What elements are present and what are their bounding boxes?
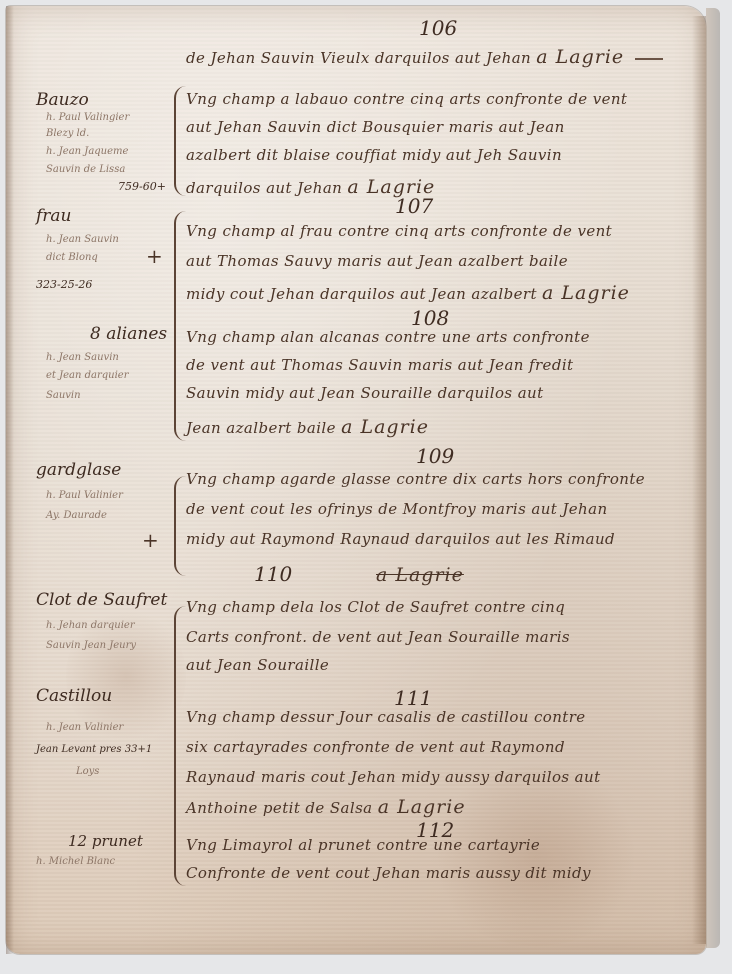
place-label-struck: a Lagrie	[376, 564, 464, 586]
entry-line: de vent cout les ofrinys de Montfroy mar…	[186, 500, 706, 518]
margin-title-bauzo: Bauzo	[36, 90, 89, 110]
line-filler-dash	[635, 58, 663, 60]
entry-line: aut Thomas Sauvy maris aut Jean azalbert…	[186, 252, 706, 270]
entry-line: Vng champ dela los Clot de Saufret contr…	[186, 598, 706, 616]
place-label: a Lagrie	[536, 46, 624, 68]
entry-number-110: 110	[254, 562, 292, 586]
entry-line: Vng Limayrol al prunet contre une cartay…	[186, 836, 706, 854]
margin-note: Loys	[76, 766, 99, 777]
margin-note: Blezy ld.	[46, 128, 89, 139]
entry-line: Sauvin midy aut Jean Souraille darquilos…	[186, 384, 706, 402]
entry-line: aut Jehan Sauvin dict Bousquier maris au…	[186, 118, 706, 136]
margin-note: Sauvin de Lissa	[46, 164, 125, 175]
margin-note: h. Paul Valinier	[46, 490, 123, 501]
entry-brace	[174, 606, 186, 886]
entry-line-text: Anthoine petit de Salsa	[186, 799, 373, 817]
entry-line: Confronte de vent cout Jehan maris aussy…	[186, 864, 706, 882]
cross-mark: +	[146, 244, 163, 268]
entry-brace	[174, 86, 186, 196]
margin-note: Ay. Daurade	[46, 510, 107, 521]
entry-line: Vng champ al frau contre cinq arts confr…	[186, 222, 706, 240]
margin-note: h. Jean Sauvin	[46, 234, 119, 245]
margin-title-prunet: 12 prunet	[68, 832, 143, 850]
entry-line-text: darquilos aut Jehan	[186, 179, 342, 197]
margin-note: h. Michel Blanc	[36, 856, 115, 867]
margin-reference: 323-25-26	[36, 278, 92, 291]
margin-note: Sauvin	[46, 390, 81, 401]
page-edge-shadow	[706, 8, 720, 948]
place-label: a Lagrie	[378, 796, 466, 818]
manuscript-page: 106 de Jehan Sauvin Vieulx darquilos aut…	[6, 6, 706, 954]
margin-reference: 759-60+	[118, 180, 166, 193]
cross-mark: +	[142, 528, 159, 552]
margin-note: h. Jean Jaqueme	[46, 146, 128, 157]
header-line: de Jehan Sauvin Vieulx darquilos aut Jeh…	[186, 46, 706, 68]
margin-title-castillou: Castillou	[36, 686, 112, 706]
entry-brace	[174, 476, 186, 576]
entry-line: darquilos aut Jehan a Lagrie	[186, 176, 706, 198]
entry-line: Vng champ a labauo contre cinq arts conf…	[186, 90, 706, 108]
margin-title-alianes: 8 alianes	[90, 324, 167, 344]
margin-note: Jean Levant pres 33+1	[36, 744, 152, 755]
margin-note: h. Paul Valingier	[46, 112, 129, 123]
margin-note: h. Jean Valinier	[46, 722, 123, 733]
entry-line: midy cout Jehan darquilos aut Jean azalb…	[186, 282, 706, 304]
entry-line: de vent aut Thomas Sauvin maris aut Jean…	[186, 356, 706, 374]
entry-line: azalbert dit blaise couffiat midy aut Je…	[186, 146, 706, 164]
margin-title-gardglase: gardglase	[36, 460, 121, 480]
entry-line: Vng champ alan alcanas contre une arts c…	[186, 328, 706, 346]
entry-brace	[174, 211, 186, 441]
paper-stain	[426, 766, 646, 946]
margin-note: h. Jehan darquier	[46, 620, 135, 631]
margin-title-clot-de-saufret: Clot de Saufret	[36, 590, 167, 610]
margin-note: et Jean darquier	[46, 370, 129, 381]
header-line-text: de Jehan Sauvin Vieulx darquilos aut Jeh…	[186, 49, 531, 67]
entry-line: Jean azalbert baile a Lagrie	[186, 416, 706, 438]
entry-line: Vng champ dessur Jour casalis de castill…	[186, 708, 706, 726]
entry-number-109: 109	[416, 444, 454, 468]
entry-line: Vng champ agarde glasse contre dix carts…	[186, 470, 706, 488]
margin-title-frau: frau	[36, 206, 72, 226]
entry-number-106: 106	[419, 16, 457, 40]
margin-note: dict Blonq	[46, 252, 98, 263]
entry-line: aut Jean Souraille	[186, 656, 706, 674]
entry-number-107: 107	[395, 194, 433, 218]
place-label: a Lagrie	[542, 282, 630, 304]
place-label: a Lagrie	[341, 416, 429, 438]
margin-note: h. Jean Sauvin	[46, 352, 119, 363]
entry-line: Carts confront. de vent aut Jean Sourail…	[186, 628, 706, 646]
entry-line-text: midy cout Jehan darquilos aut Jean azalb…	[186, 285, 537, 303]
entry-number-108: 108	[411, 306, 449, 330]
entry-line: midy aut Raymond Raynaud darquilos aut l…	[186, 530, 706, 548]
entry-line-text: Jean azalbert baile	[186, 419, 336, 437]
margin-note: Sauvin Jean Jeury	[46, 640, 136, 651]
entry-line: Raynaud maris cout Jehan midy aussy darq…	[186, 768, 706, 786]
entry-line: Anthoine petit de Salsa a Lagrie	[186, 796, 706, 818]
entry-line: six cartayrades confronte de vent aut Ra…	[186, 738, 706, 756]
entry-number-111: 111	[394, 686, 432, 710]
